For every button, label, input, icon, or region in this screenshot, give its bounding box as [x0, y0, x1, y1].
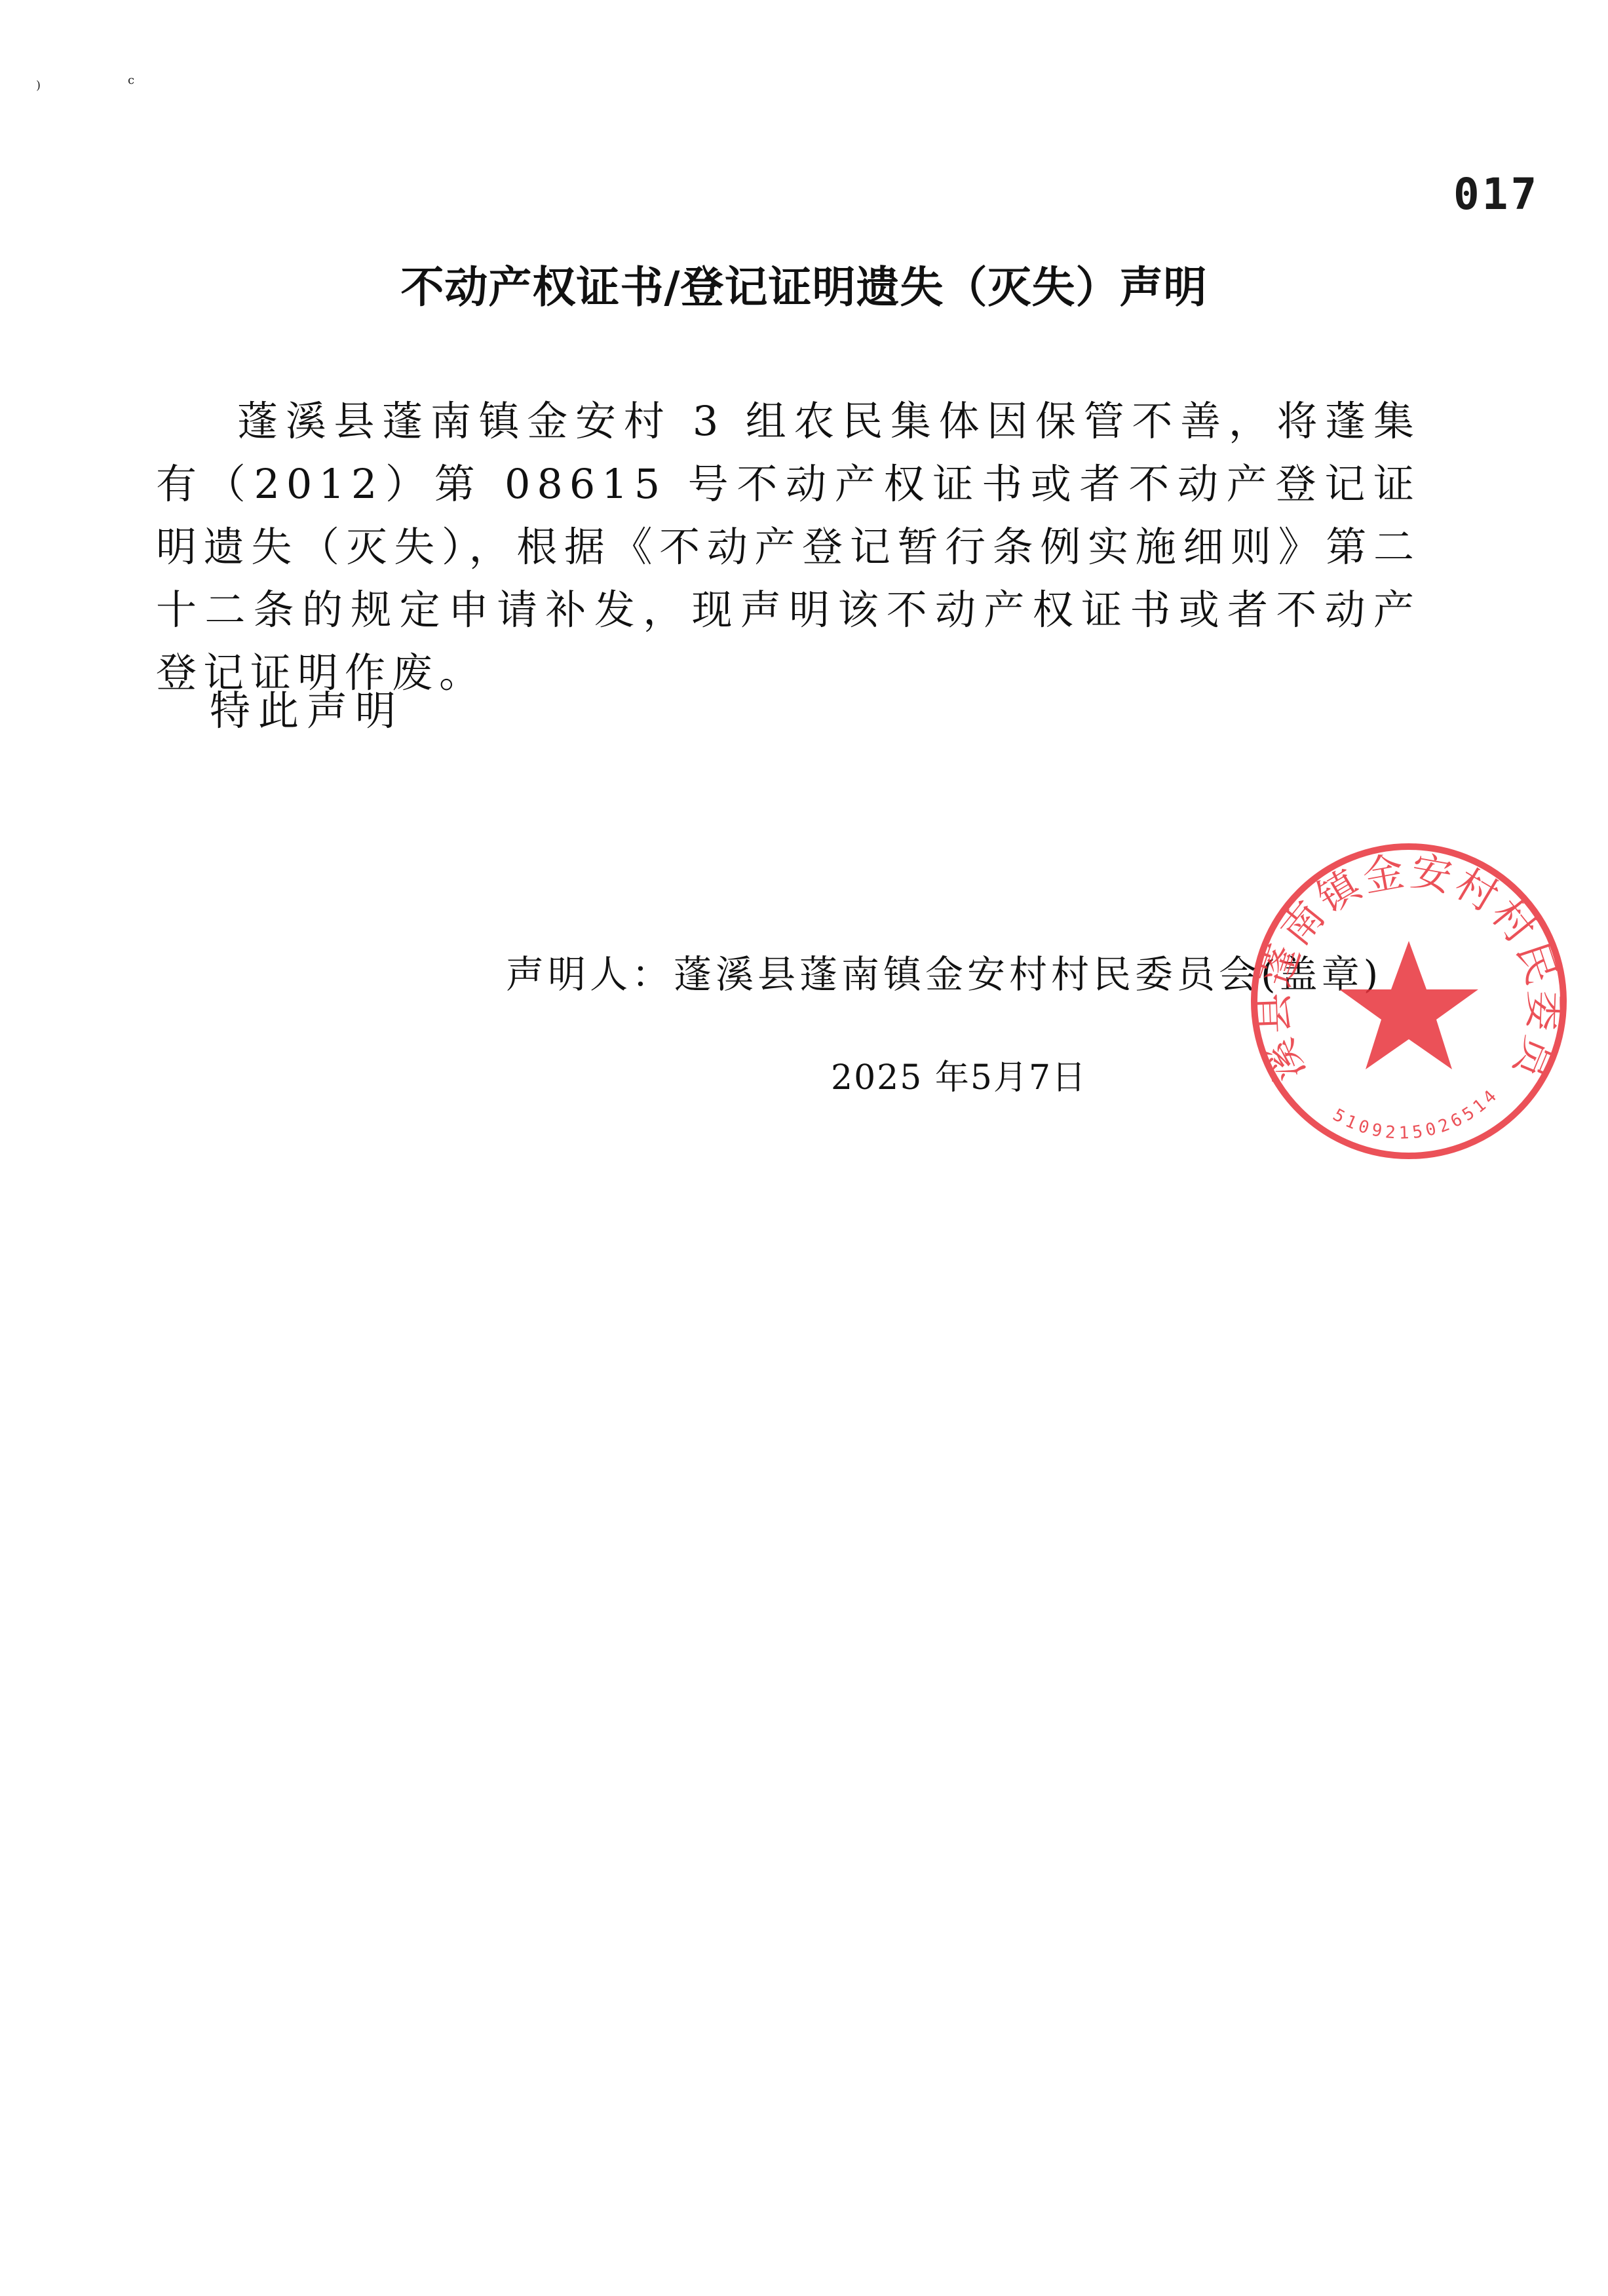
statement-date: 2025 年5月7日: [831, 1050, 1087, 1099]
page-number: 017: [1453, 169, 1539, 220]
document-title: 不动产权证书/登记证明遗失（灭失）声明: [0, 252, 1608, 315]
closing-phrase: 特此声明: [210, 678, 404, 737]
scan-mark: c: [128, 73, 134, 87]
svg-text:5109215026514: 5109215026514: [1330, 1084, 1503, 1143]
statement-body: 蓬溪县蓬南镇金安村 3 组农民集体因保管不善，将蓬集有（2012）第 08615…: [156, 390, 1421, 704]
official-seal: 蓬溪县蓬南镇金安村村民委员会 5109215026514: [1245, 837, 1573, 1165]
star-icon: [1339, 941, 1478, 1069]
scan-mark: ): [36, 79, 41, 92]
seal-code: 5109215026514: [1330, 1084, 1503, 1143]
